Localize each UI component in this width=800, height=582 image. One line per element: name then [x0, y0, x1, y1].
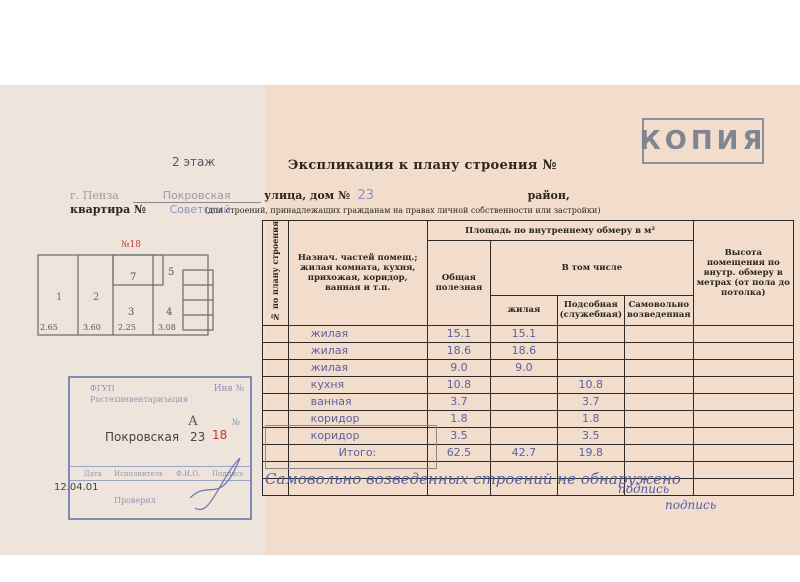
table-row: кухня10.810.8	[263, 376, 794, 393]
floor-note: 2 этаж	[172, 155, 215, 169]
stamp-house: 23	[190, 430, 205, 444]
stamp-date: 12.04.01	[54, 482, 99, 493]
header-aux: Подсобная (служебная)	[557, 295, 624, 325]
header-area-group: Площадь по внутреннему обмеру в м²	[427, 221, 693, 241]
svg-text:2: 2	[93, 292, 99, 303]
svg-text:1: 1	[56, 292, 62, 303]
signature-1: подпись	[618, 482, 669, 496]
stamp-apt: 18	[212, 428, 227, 442]
svg-text:3.08: 3.08	[158, 323, 176, 332]
document-title: Экспликация к плану строения №	[288, 158, 557, 173]
table-row: ванная3.73.7	[263, 393, 794, 410]
header-unauth: Самовольно возведенная	[624, 295, 693, 325]
house-number: 23	[354, 188, 425, 203]
header-living: жилая	[491, 295, 557, 325]
svg-text:№18: №18	[121, 240, 141, 250]
svg-text:5: 5	[168, 267, 174, 278]
address-subnote: (для строений, принадлежащих гражданам н…	[205, 206, 600, 215]
svg-text:4: 4	[166, 307, 172, 318]
svg-text:2.65: 2.65	[40, 323, 58, 332]
city: г. Пенза	[70, 189, 119, 202]
bti-stamp: ФГУП Ростехинвентаризация Инв № А № Покр…	[68, 376, 252, 520]
header-plan-no: № по плану строения	[270, 221, 280, 322]
svg-text:2.25: 2.25	[118, 323, 136, 332]
header-incl: В том числе	[491, 241, 693, 296]
header-purpose: Назнач. частей помещ.; жилая комната, ку…	[288, 221, 427, 326]
copy-stamp: КОПИЯ	[642, 118, 764, 164]
table-row: жилая15.115.1	[263, 325, 794, 342]
header-height: Высота помещения по внутр. обмеру в метр…	[693, 221, 793, 326]
svg-text:3.60: 3.60	[83, 323, 101, 332]
stamp-street: Покровская	[105, 430, 179, 444]
svg-text:3: 3	[128, 307, 134, 318]
street-value: Покровская	[133, 189, 261, 203]
svg-text:7: 7	[130, 272, 136, 283]
signature-icon	[180, 448, 250, 518]
header-total: Общая полезная	[427, 241, 491, 326]
faded-stamp	[265, 425, 437, 469]
table-row: жилая9.09.0	[263, 359, 794, 376]
signature-2: подпись	[665, 498, 716, 512]
floor-plan: 1 2 3 4 5 7 №18 2.65 3.60 2.25 3.08	[28, 235, 258, 355]
table-row: жилая18.618.6	[263, 342, 794, 359]
street-label: улица, дом №	[264, 189, 350, 202]
